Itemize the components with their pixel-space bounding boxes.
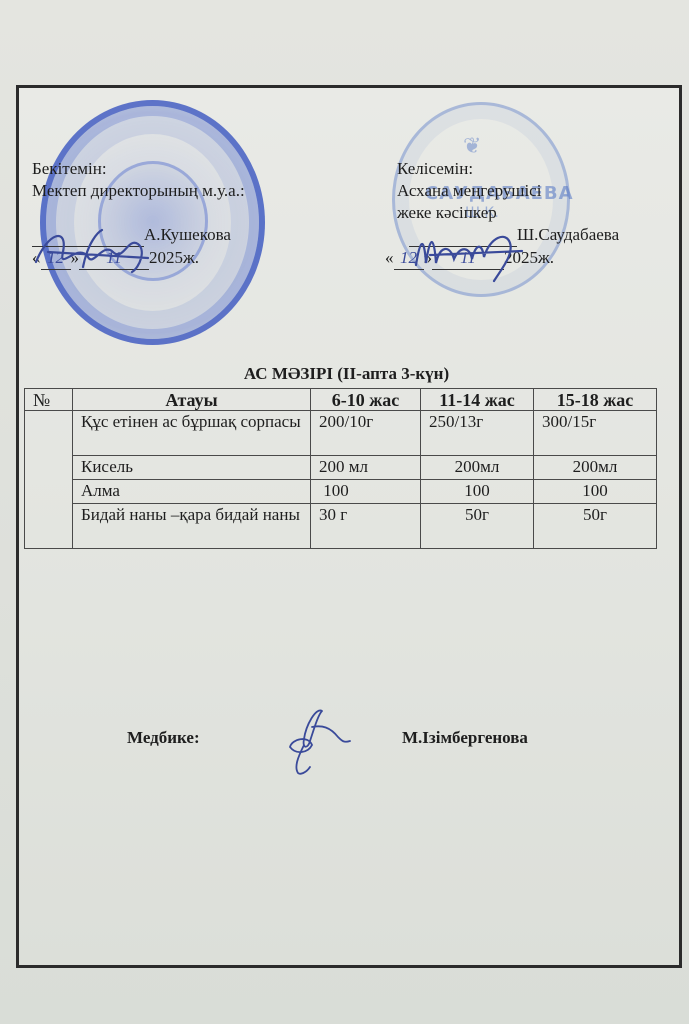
date-day: 12 xyxy=(41,247,71,270)
approval-signer-name: Ш.Саудабаева xyxy=(517,225,619,244)
date-year: 2025ж. xyxy=(149,248,199,267)
cell-qty-15-18: 100 xyxy=(534,480,657,504)
approval-signer-line: А.Кушекова xyxy=(32,224,245,247)
medic-label: Медбике: xyxy=(127,728,200,748)
cell-qty-6-10: 100 xyxy=(311,480,421,504)
table-row: Кисель 200 мл 200мл 200мл xyxy=(25,456,657,480)
header-name: Атауы xyxy=(73,389,311,411)
approval-heading: Бекітемін: xyxy=(32,158,245,180)
date-month: 11 xyxy=(79,247,149,270)
table-header-row: № Атауы 6-10 жас 11-14 жас 15-18 жас xyxy=(25,389,657,411)
cell-qty-11-14: 200мл xyxy=(421,456,534,480)
approval-role-sub: жеке кәсіпкер xyxy=(397,202,619,224)
cell-qty-6-10: 200 мл xyxy=(311,456,421,480)
header-number: № xyxy=(25,389,73,411)
approval-block-canteen: Келісемін: Асхана меңгерушісі жеке кәсіп… xyxy=(397,158,619,270)
table-row: Құс етінен ас бұршақ сорпасы 200/10г 250… xyxy=(25,411,657,456)
approval-date: «12»112025ж. xyxy=(32,247,245,270)
approval-heading: Келісемін: xyxy=(397,158,619,180)
header-age-11-14: 11-14 жас xyxy=(421,389,534,411)
date-open-quote: « xyxy=(32,248,41,267)
approval-signer-line: Ш.Саудабаева xyxy=(409,224,619,247)
date-month: 11 xyxy=(432,247,504,270)
header-age-6-10: 6-10 жас xyxy=(311,389,421,411)
table-row: Бидай наны –қара бидай наны 30 г 50г 50г xyxy=(25,504,657,549)
date-close-quote: » xyxy=(71,248,80,267)
cell-dish-name: Кисель xyxy=(73,456,311,480)
cell-dish-name: Құс етінен ас бұршақ сорпасы xyxy=(73,411,311,456)
approval-block-director: Бекітемін: Мектеп директорының м.у.а.: А… xyxy=(32,158,245,270)
cell-dish-name: Бидай наны –қара бидай наны xyxy=(73,504,311,549)
approval-date: «12»112025ж. xyxy=(385,247,619,270)
cell-qty-15-18: 300/15г xyxy=(534,411,657,456)
cell-qty-6-10: 200/10г xyxy=(311,411,421,456)
approval-role: Мектеп директорының м.у.а.: xyxy=(32,180,245,202)
approval-role: Асхана меңгерушісі xyxy=(397,180,619,202)
menu-table: № Атауы 6-10 жас 11-14 жас 15-18 жас Құс… xyxy=(24,388,657,549)
cell-qty-11-14: 250/13г xyxy=(421,411,534,456)
cell-qty-15-18: 50г xyxy=(534,504,657,549)
cell-qty-11-14: 100 xyxy=(421,480,534,504)
date-day: 12 xyxy=(394,247,424,270)
cell-dish-name: Алма xyxy=(73,480,311,504)
cell-qty-11-14: 50г xyxy=(421,504,534,549)
cell-qty-6-10: 30 г xyxy=(311,504,421,549)
table-row: Алма 100 100 100 xyxy=(25,480,657,504)
date-close-quote: » xyxy=(424,248,433,267)
medic-name: М.Ізімбергенова xyxy=(402,728,528,748)
date-open-quote: « xyxy=(385,248,394,267)
date-year: 2025ж. xyxy=(504,248,554,267)
page-title: АС МӘЗІРІ (ІІ-апта 3-күн) xyxy=(0,364,689,384)
cell-number xyxy=(25,411,73,549)
approval-signer-name: А.Кушекова xyxy=(144,225,231,244)
header-age-15-18: 15-18 жас xyxy=(534,389,657,411)
cell-qty-15-18: 200мл xyxy=(534,456,657,480)
